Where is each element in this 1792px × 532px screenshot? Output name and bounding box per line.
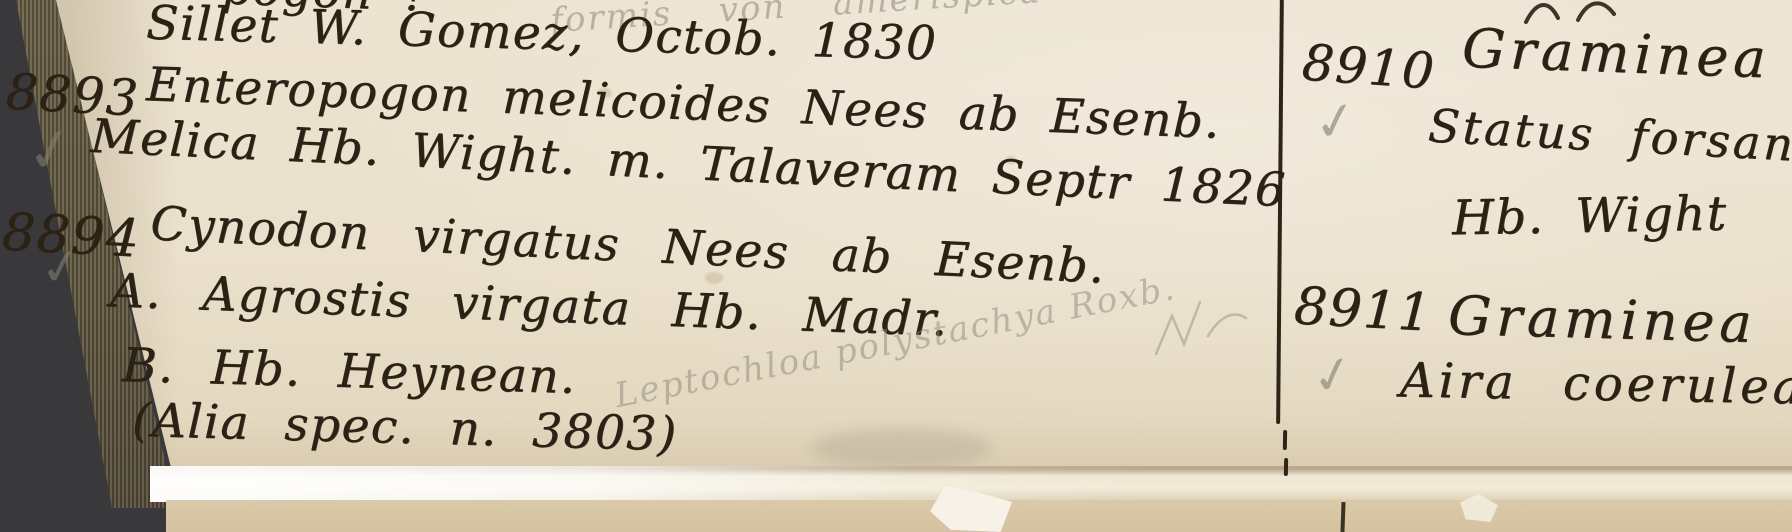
entry-line-hb-wight: Hb. Wight [1452, 186, 1728, 247]
manuscript-photo: pogon ? formis von amerispica Sillet W. … [0, 0, 1792, 532]
cutoff-ink-fragment [1518, 0, 1628, 30]
column-divider-rule-stub [1284, 458, 1288, 476]
column-divider-rule-stub [1283, 430, 1287, 450]
entry-line-graminea-8911: Graminea [1447, 284, 1757, 355]
paper-smudge [812, 428, 992, 468]
entry-number-8911: 8911 [1293, 276, 1434, 343]
entry-number-8910: 8910 [1300, 33, 1437, 100]
pencil-scribble [1150, 258, 1260, 368]
pencil-checkmark: ✓ [36, 235, 88, 299]
entry-line-aira-coerulea: Aira coerulea [1400, 352, 1792, 415]
